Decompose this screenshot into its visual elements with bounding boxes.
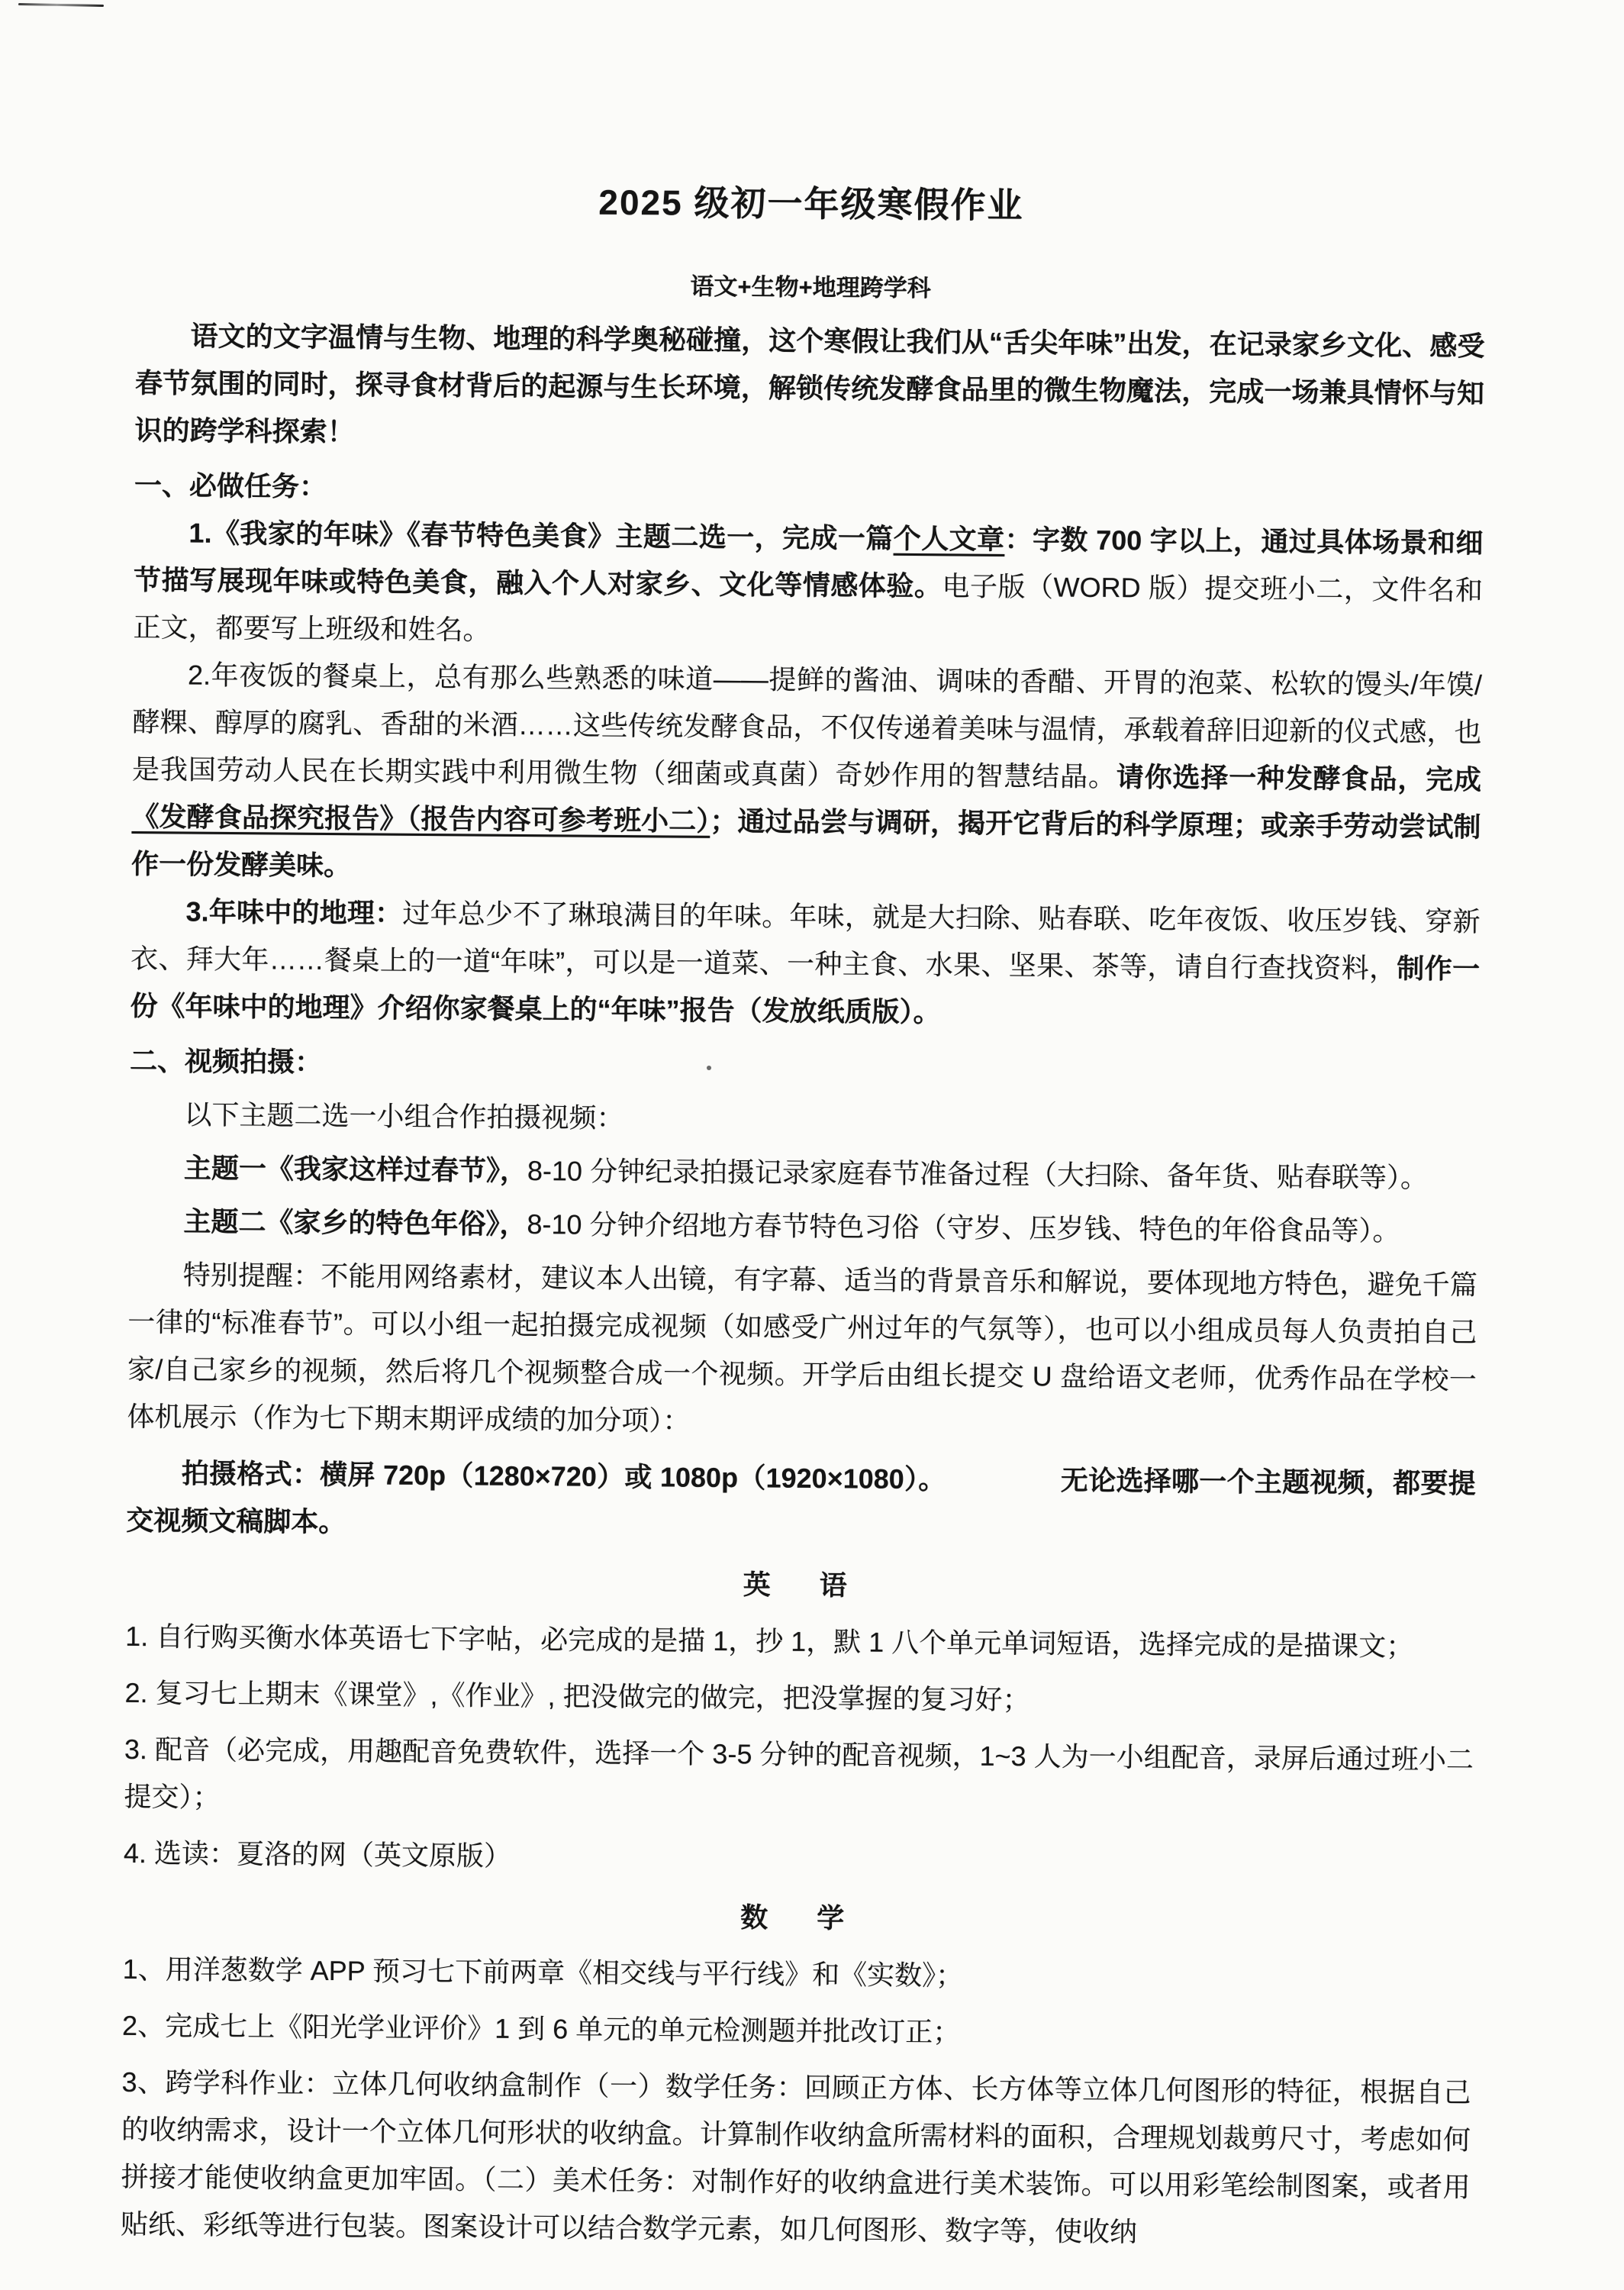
text-run-underlined: 个人文章 bbox=[894, 523, 1005, 555]
text-run: 主题二《家乡的特色年俗》， bbox=[183, 1206, 527, 1240]
scan-artifact-line bbox=[18, 3, 104, 7]
english-item-3: 3. 配音（必完成，用趣配音免费软件，选择一个 3-5 分钟的配音视频，1~3 … bbox=[124, 1726, 1474, 1831]
video-topic-2: 主题二《家乡的特色年俗》，8-10 分钟介绍地方春节特色习俗（守岁、压岁钱、特色… bbox=[128, 1198, 1477, 1256]
task-item-2: 2.年夜饭的餐桌上，总有那么些熟悉的味道——提鲜的酱油、调味的香醋、开胃的泡菜、… bbox=[131, 651, 1482, 898]
document-content: 2025 级初一年级寒假作业 语文+生物+地理跨学科 语文的文字温情与生物、地理… bbox=[121, 0, 1487, 2259]
text-run: 1.《我家的年味》《春节特色美食》主题二选一，完成一篇 bbox=[188, 518, 894, 554]
video-intro-line: 以下主题二选一小组合作拍摄视频： bbox=[129, 1091, 1478, 1149]
math-item-2: 2、完成七上《阳光学业评价》1 到 6 单元的单元检测题并批改订正； bbox=[122, 2002, 1471, 2060]
task-item-3: 3.年味中的地理：过年总少不了琳琅满目的年味。年味，就是大扫除、贴春联、吃年夜饭… bbox=[130, 888, 1480, 1040]
video-topic-1: 主题一《我家这样过春节》，8-10 分钟纪录拍摄记录家庭春节准备过程（大扫除、备… bbox=[129, 1144, 1478, 1202]
english-section-heading: 英 语 bbox=[125, 1556, 1474, 1614]
video-reminder: 特别提醒：不能用网络素材，建议本人出镜，有字幕、适当的背景音乐和解说，要体现地方… bbox=[127, 1251, 1477, 1451]
text-run: 8-10 分钟纪录拍摄记录家庭春节准备过程（大扫除、备年货、贴春联等）。 bbox=[527, 1155, 1428, 1193]
text-run: 主题一《我家这样过春节》， bbox=[184, 1153, 527, 1187]
document-subtitle: 语文+生物+地理跨学科 bbox=[136, 263, 1485, 308]
scanned-document-page: 2025 级初一年级寒假作业 语文+生物+地理跨学科 语文的文字温情与生物、地理… bbox=[0, 0, 1624, 2290]
math-section-heading: 数 学 bbox=[123, 1889, 1472, 1947]
text-run: 3.年味中的地理： bbox=[185, 896, 402, 929]
inline-gap bbox=[946, 1488, 1061, 1489]
section-2-heading: 二、视频拍摄： bbox=[130, 1037, 1479, 1095]
math-item-1: 1、用洋葱数学 APP 预习七下前两章《相交线与平行线》和《实数》； bbox=[122, 1946, 1471, 2004]
text-run: 8-10 分钟介绍地方春节特色习俗（守岁、压岁钱、特色的年俗食品等）。 bbox=[527, 1208, 1400, 1247]
english-item-4: 4. 选读：夏洛的网（英文原版） bbox=[124, 1830, 1473, 1888]
intro-paragraph: 语文的文字温情与生物、地理的科学奥秘碰撞，这个寒假让我们从“舌尖年味”出发，在记… bbox=[134, 312, 1484, 465]
text-run-underlined: 《发酵食品探究报告》（报告内容可参考班小二） bbox=[131, 801, 710, 837]
video-format-line: 拍摄格式：横屏 720p（1280×720）或 1080p（1920×1080）… bbox=[126, 1450, 1476, 1555]
document-title: 2025 级初一年级寒假作业 bbox=[137, 171, 1486, 232]
math-item-3: 3、跨学科作业：立体几何收纳盒制作（一）数学任务：回顾正方体、长方体等立体几何图… bbox=[121, 2059, 1471, 2259]
text-run: 拍摄格式：横屏 720p（1280×720）或 1080p（1920×1080）… bbox=[182, 1458, 946, 1495]
english-item-2: 2. 复习七上期末《课堂》,《作业》, 把没做完的做完，把没掌握的复习好； bbox=[124, 1669, 1474, 1727]
text-run: 请你选择一种发酵食品，完成 bbox=[1116, 761, 1482, 795]
english-item-1: 1. 自行购买衡水体英语七下字帖，必完成的是描 1，抄 1，默 1 八个单元单词… bbox=[125, 1613, 1474, 1671]
task-item-1: 1.《我家的年味》《春节特色美食》主题二选一，完成一篇个人文章：字数 700 字… bbox=[133, 509, 1483, 662]
